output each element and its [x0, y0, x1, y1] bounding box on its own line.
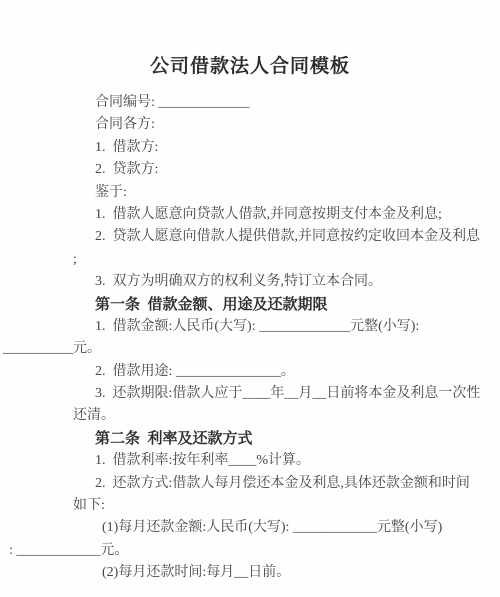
whereas-item-3: 3. 双方为明确双方的权利义务,特订立本合同。: [0, 271, 500, 293]
repayment-term-line: 3. 还款期限:借款人应于____年__月__日前将本金及利息一次性: [0, 383, 500, 405]
loan-amount-line: 1. 借款金额:人民币(大写): _____________元整(小写):: [0, 316, 500, 338]
whereas-label: 鉴于:: [0, 182, 500, 204]
borrower-line: 1. 借款方:: [0, 137, 500, 159]
loan-purpose-line: 2. 借款用途: _______________。: [0, 361, 500, 383]
document-title: 公司借款法人合同模板: [0, 0, 500, 82]
whereas-item-2: 2. 贷款人愿意向借款人提供借款,并同意按约定收回本金及利息: [0, 226, 500, 248]
contract-document: 公司借款法人合同模板 合同编号: _____________ 合同各方: 1. …: [0, 0, 500, 597]
repayment-term-continuation: 还清。: [0, 405, 500, 427]
repayment-method-continuation: 如下:: [0, 495, 500, 517]
contract-number-line: 合同编号: _____________: [0, 92, 500, 114]
parties-label: 合同各方:: [0, 114, 500, 136]
article-2-heading: 第二条 利率及还款方式: [0, 428, 500, 450]
whereas-item-2-continuation: ;: [0, 249, 500, 271]
loan-amount-continuation: __________元。: [0, 338, 500, 360]
interest-rate-line: 1. 借款利率:按年利率____%计算。: [0, 450, 500, 472]
monthly-time-line: (2)每月还款时间:每月__日前。: [0, 562, 500, 584]
whereas-item-1: 1. 借款人愿意向贷款人借款,并同意按期支付本金及利息;: [0, 204, 500, 226]
monthly-amount-continuation: : ____________元。: [0, 540, 500, 562]
monthly-amount-line: (1)每月还款金额:人民币(大写): ____________元整(小写): [0, 517, 500, 539]
repayment-method-line: 2. 还款方式:借款人每月偿还本金及利息,具体还款金额和时间: [0, 473, 500, 495]
lender-line: 2. 贷款方:: [0, 159, 500, 181]
article-1-heading: 第一条 借款金额、用途及还款期限: [0, 294, 500, 316]
document-body: 合同编号: _____________ 合同各方: 1. 借款方: 2. 贷款方…: [0, 92, 500, 585]
